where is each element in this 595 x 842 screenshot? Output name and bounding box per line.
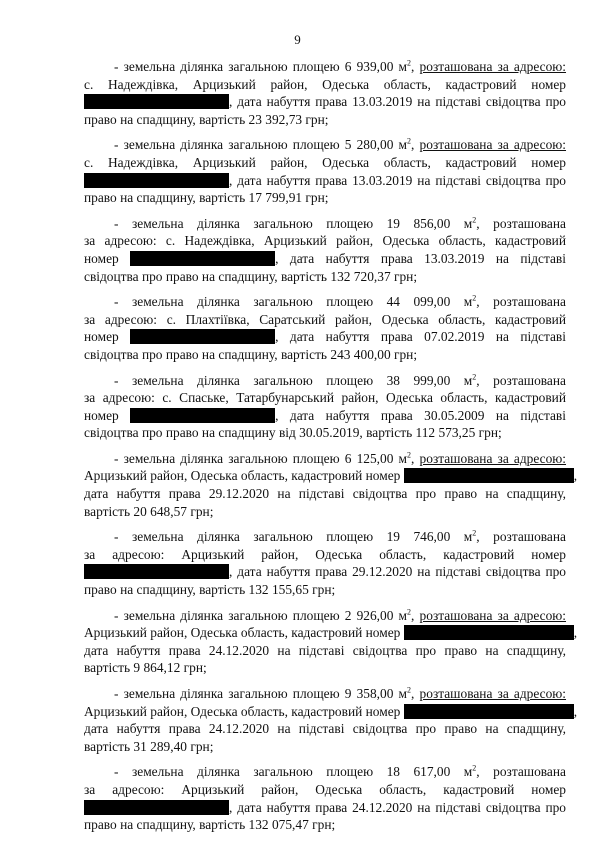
entry-line: номер , дата набуття права 30.05.2009 на… (84, 407, 566, 425)
land-plot-entry: - земельна ділянка загальною площею 18 6… (84, 763, 566, 833)
redacted-cadastral-number (404, 468, 574, 483)
page-number: 9 (0, 32, 595, 48)
redacted-cadastral-number (84, 94, 229, 109)
entry-line: Арцизький район, Одеська область, кадаст… (84, 703, 566, 721)
entry-line: - земельна ділянка загальною площею 38 9… (84, 372, 566, 390)
entry-line: - земельна ділянка загальною площею 2 92… (84, 607, 566, 625)
entry-line: дата набуття права 29.12.2020 на підстав… (84, 485, 566, 503)
entry-line: Арцизький район, Одеська область, кадаст… (84, 467, 566, 485)
entry-line: вартість 31 289,40 грн; (84, 738, 566, 756)
land-plot-entry: - земельна ділянка загальною площею 9 35… (84, 685, 566, 755)
entry-line: вартість 20 648,57 грн; (84, 503, 566, 521)
entry-line: за адресою: с. Плахтіївка, Саратський ра… (84, 311, 566, 329)
entry-line: свідоцтва про право на спадщину, вартіст… (84, 346, 566, 364)
land-plot-entry: - земельна ділянка загальною площею 38 9… (84, 372, 566, 442)
land-plot-entry: - земельна ділянка загальною площею 6 93… (84, 58, 566, 128)
entry-line: , дата набуття права 13.03.2019 на підст… (84, 172, 566, 190)
redacted-cadastral-number (130, 329, 275, 344)
entry-line: , дата набуття права 29.12.2020 на підст… (84, 563, 566, 581)
entry-line: за адресою: Арцизький район, Одеська обл… (84, 781, 566, 799)
land-plot-entry: - земельна ділянка загальною площею 5 28… (84, 136, 566, 206)
land-plot-entry: - земельна ділянка загальною площею 6 12… (84, 450, 566, 520)
land-plot-entry: - земельна ділянка загальною площею 2 92… (84, 607, 566, 677)
redacted-cadastral-number (130, 408, 275, 423)
redacted-cadastral-number (84, 173, 229, 188)
entry-line: свідоцтва про право на спадщину від 30.0… (84, 424, 566, 442)
entry-line: номер , дата набуття права 13.03.2019 на… (84, 250, 566, 268)
entry-line: право на спадщину, вартість 132 155,65 г… (84, 581, 566, 599)
entry-line: за адресою: с. Спаське, Татарбунарський … (84, 389, 566, 407)
entry-line: - земельна ділянка загальною площею 9 35… (84, 685, 566, 703)
entry-line: право на спадщину, вартість 23 392,73 гр… (84, 111, 566, 129)
entry-line: с. Надеждівка, Арцизький район, Одеська … (84, 76, 566, 94)
land-plot-entry: - земельна ділянка загальною площею 19 7… (84, 528, 566, 598)
land-plot-entry: - земельна ділянка загальною площею 44 0… (84, 293, 566, 363)
entry-line: за адресою: с. Надеждівка, Арцизький рай… (84, 232, 566, 250)
redacted-cadastral-number (84, 564, 229, 579)
document-body: - земельна ділянка загальною площею 6 93… (84, 58, 566, 842)
redacted-cadastral-number (84, 800, 229, 815)
entry-line: дата набуття права 24.12.2020 на підстав… (84, 642, 566, 660)
redacted-cadastral-number (404, 625, 574, 640)
entry-line: право на спадщину, вартість 132 075,47 г… (84, 816, 566, 834)
entry-line: свідоцтва про право на спадщину, вартіст… (84, 268, 566, 286)
entry-line: номер , дата набуття права 07.02.2019 на… (84, 328, 566, 346)
entry-line: - земельна ділянка загальною площею 44 0… (84, 293, 566, 311)
entry-line: право на спадщину, вартість 17 799,91 гр… (84, 189, 566, 207)
entry-line: - земельна ділянка загальною площею 6 93… (84, 58, 566, 76)
redacted-cadastral-number (130, 251, 275, 266)
land-plot-entry: - земельна ділянка загальною площею 19 8… (84, 215, 566, 285)
entry-line: Арцизький район, Одеська область, кадаст… (84, 624, 566, 642)
entry-line: , дата набуття права 24.12.2020 на підст… (84, 799, 566, 817)
entry-line: - земельна ділянка загальною площею 18 6… (84, 763, 566, 781)
entry-line: - земельна ділянка загальною площею 6 12… (84, 450, 566, 468)
redacted-cadastral-number (404, 704, 574, 719)
entry-line: - земельна ділянка загальною площею 19 7… (84, 528, 566, 546)
entry-line: дата набуття права 24.12.2020 на підстав… (84, 720, 566, 738)
entry-line: - земельна ділянка загальною площею 5 28… (84, 136, 566, 154)
entry-line: с. Надеждівка, Арцизький район, Одеська … (84, 154, 566, 172)
entry-line: за адресою: Арцизький район, Одеська обл… (84, 546, 566, 564)
entry-line: вартість 9 864,12 грн; (84, 659, 566, 677)
entry-line: , дата набуття права 13.03.2019 на підст… (84, 93, 566, 111)
entry-line: - земельна ділянка загальною площею 19 8… (84, 215, 566, 233)
